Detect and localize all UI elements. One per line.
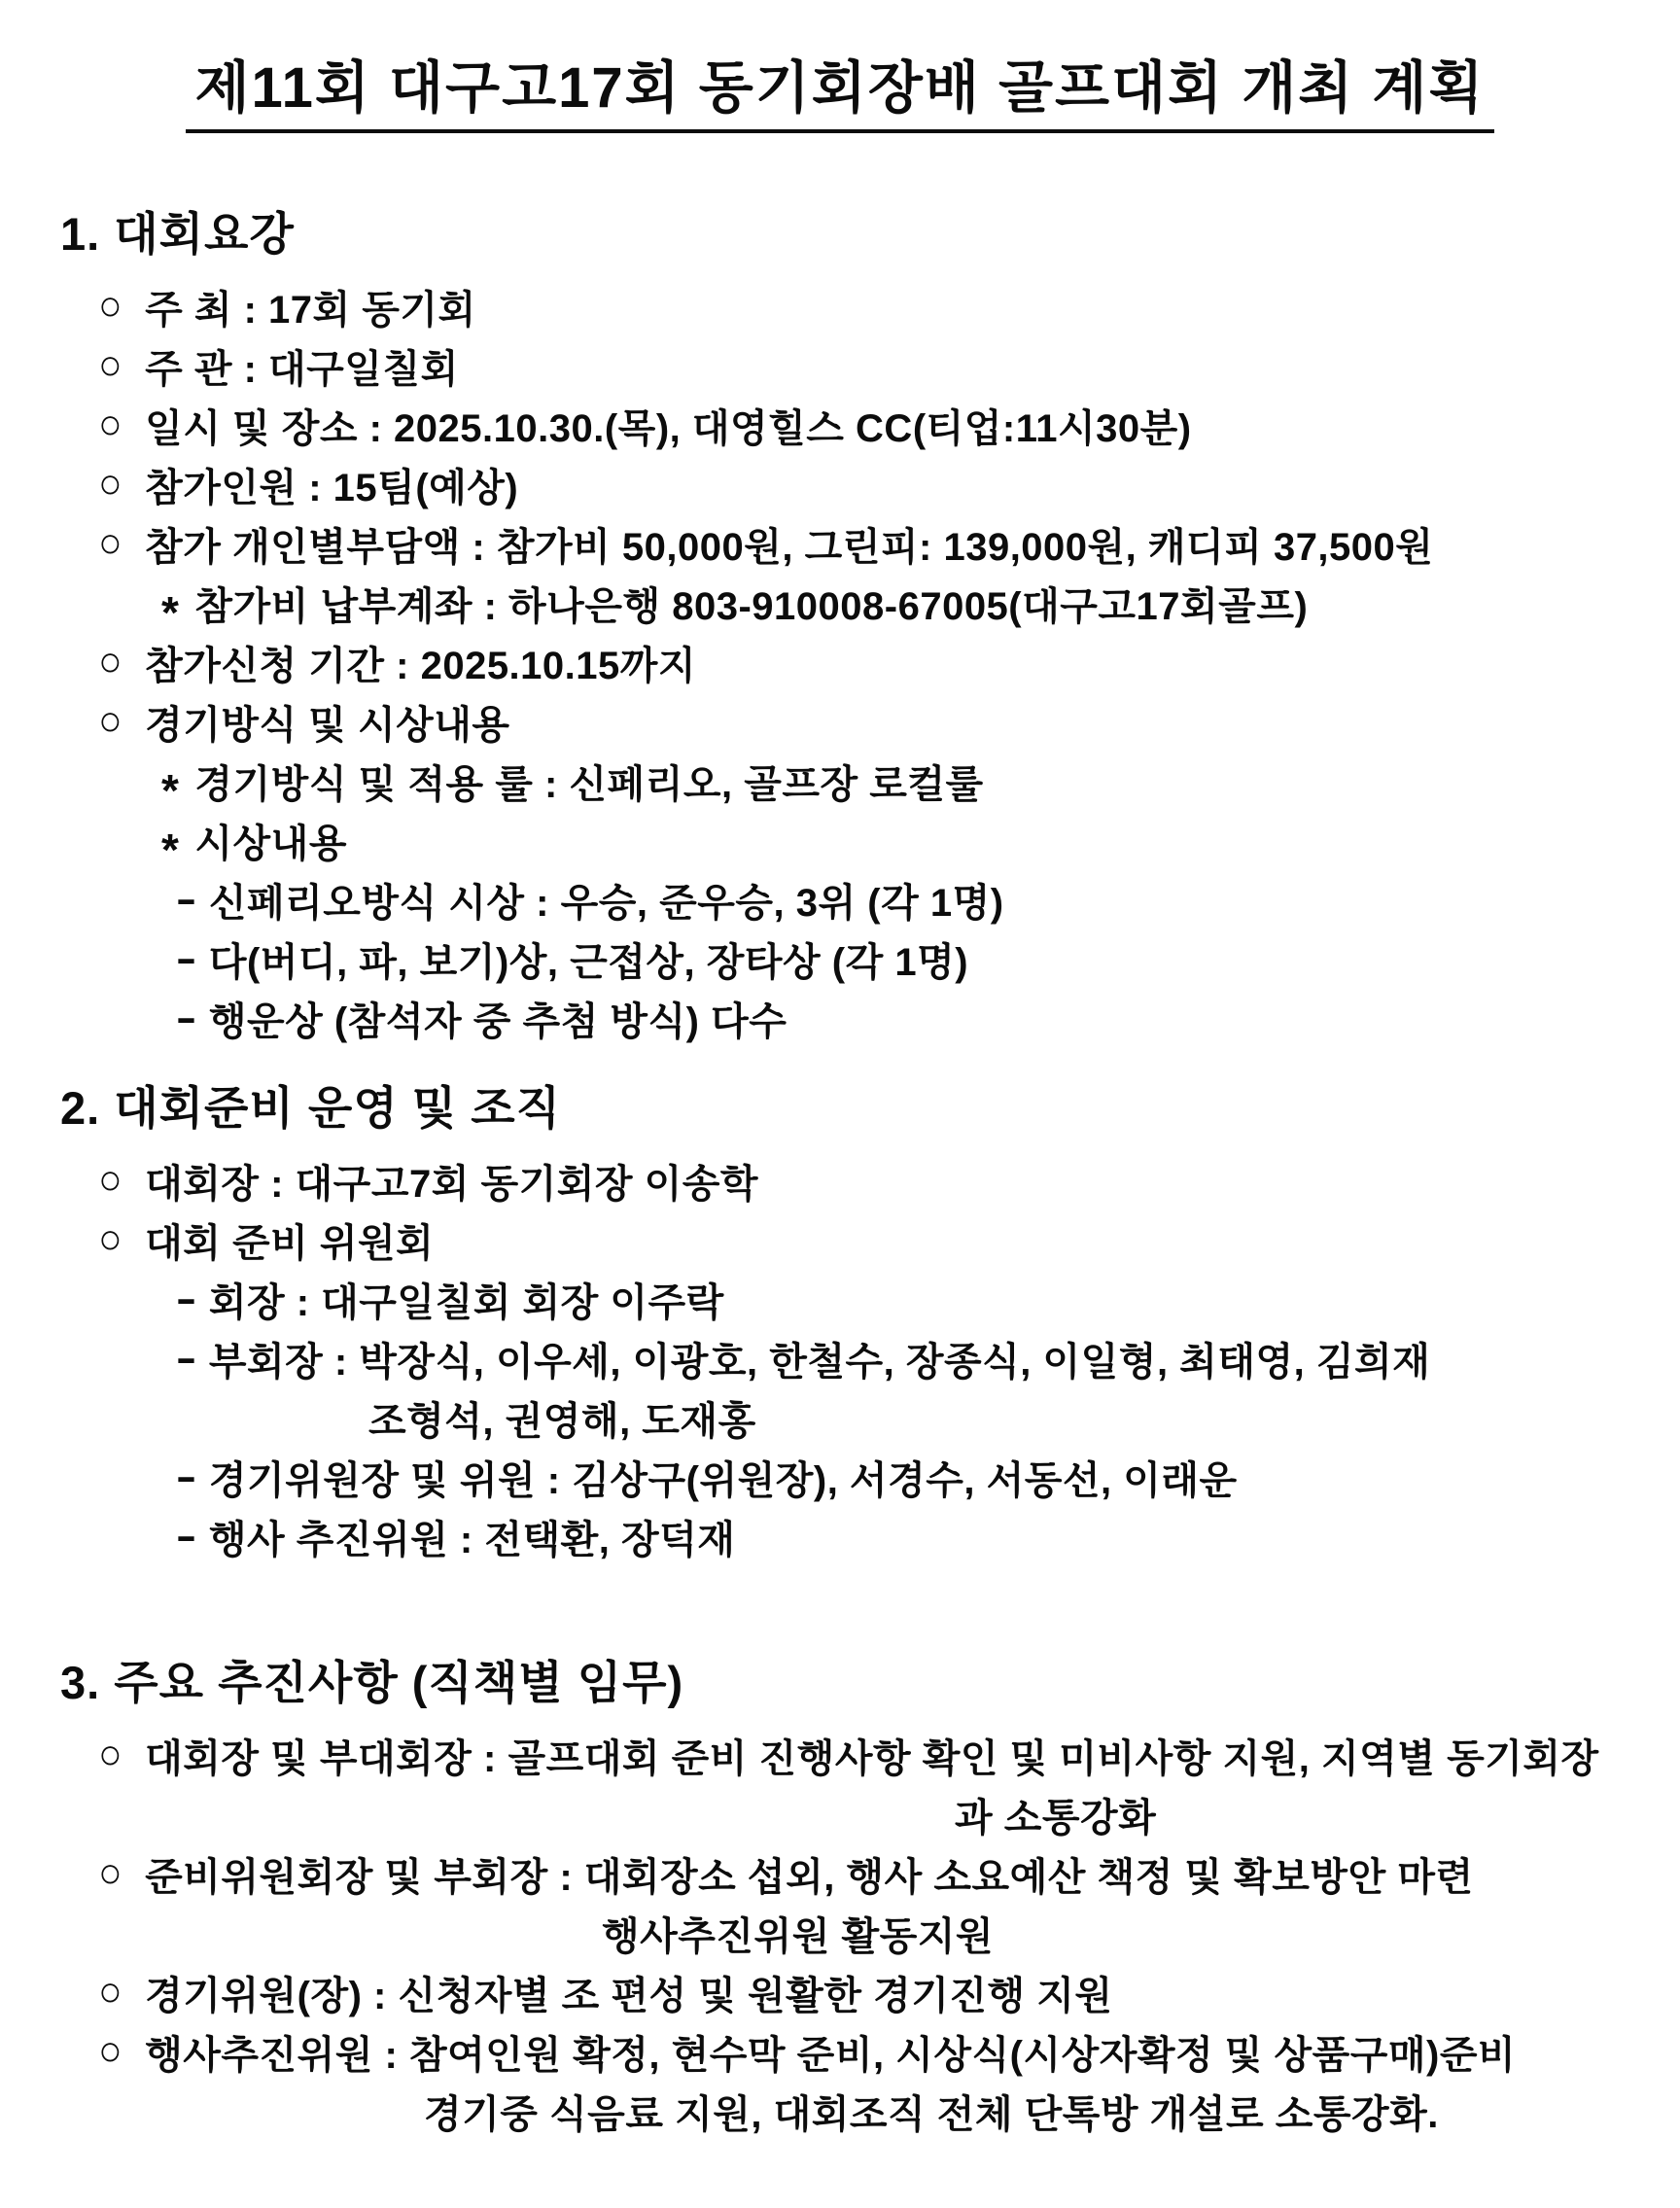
doc-line: *경기방식 및 적용 룰 : 신페리오, 골프장 로컬룰	[0, 752, 1680, 811]
doc-line-text: 행사추진위원 활동지원	[602, 1906, 994, 1961]
circle-bullet-icon: ○	[98, 700, 122, 743]
doc-line: 행사추진위원 활동지원	[0, 1904, 1680, 1963]
doc-line: -신페리오방식 시상 : 우승, 준우승, 3위 (각 1명)	[0, 870, 1680, 929]
dash-bullet-icon: -	[176, 1515, 197, 1559]
doc-line-text: 경기방식 및 시상내용	[145, 694, 510, 750]
section-3-lines: ○대회장 및 부대회장 : 골프대회 준비 진행사항 확인 및 미비사항 지원,…	[0, 1726, 1680, 2141]
circle-bullet-icon: ○	[98, 2030, 122, 2073]
section-2-heading: 2. 대회준비 운영 및 조직	[0, 1081, 1680, 1136]
section-preparation-organization: 2. 대회준비 운영 및 조직 ○대회장 : 대구고7회 동기회장 이송학○대회…	[0, 1081, 1680, 1566]
dash-bullet-icon: -	[176, 997, 197, 1040]
doc-line: -경기위원장 및 위원 : 김상구(위원장), 서경수, 서동선, 이래운	[0, 1448, 1680, 1507]
page-title-text: 제11회 대구고17회 동기회장배 골프대회 개최 계획	[186, 56, 1495, 133]
doc-line-text: 신페리오방식 시상 : 우승, 준우승, 3위 (각 1명)	[209, 872, 1004, 928]
doc-line-text: 경기방식 및 적용 룰 : 신페리오, 골프장 로컬룰	[194, 754, 983, 809]
doc-line-text: 행운상 (참석자 중 추첨 방식) 다수	[209, 991, 787, 1046]
doc-line: -다(버디, 파, 보기)상, 근접상, 장타상 (각 1명)	[0, 929, 1680, 989]
dash-bullet-icon: -	[176, 937, 197, 981]
circle-bullet-icon: ○	[98, 463, 122, 506]
doc-line: 경기중 식음료 지원, 대회조직 전체 단톡방 개설로 소통강화.	[0, 2082, 1680, 2141]
doc-line-text: 준비위원회장 및 부회장 : 대회장소 섭외, 행사 소요예산 책정 및 확보방…	[145, 1846, 1474, 1902]
doc-line-text: 회장 : 대구일칠회 회장 이주락	[209, 1272, 724, 1327]
doc-line-text: 행사 추진위원 : 전택환, 장덕재	[209, 1509, 736, 1564]
circle-bullet-icon: ○	[98, 403, 122, 446]
doc-line: 조형석, 권영해, 도재홍	[0, 1388, 1680, 1448]
circle-bullet-icon: ○	[98, 344, 122, 387]
doc-line: -행사 추진위원 : 전택환, 장덕재	[0, 1507, 1680, 1566]
doc-line: ○준비위원회장 및 부회장 : 대회장소 섭외, 행사 소요예산 책정 및 확보…	[0, 1844, 1680, 1904]
doc-line: ○참가 개인별부담액 : 참가비 50,000원, 그린피: 139,000원,…	[0, 514, 1680, 574]
doc-line-text: 경기위원장 및 위원 : 김상구(위원장), 서경수, 서동선, 이래운	[209, 1450, 1238, 1505]
doc-line: ○경기위원(장) : 신청자별 조 편성 및 원활한 경기진행 지원	[0, 1963, 1680, 2022]
circle-bullet-icon: ○	[98, 285, 122, 328]
document-page: 제11회 대구고17회 동기회장배 골프대회 개최 계획 1. 대회요강 ○주 …	[0, 0, 1680, 2208]
dash-bullet-icon: -	[176, 1337, 197, 1381]
doc-line-text: 참가비 납부계좌 : 하나은행 803-910008-67005(대구고17회골…	[194, 576, 1308, 631]
doc-line: 과 소통강화	[0, 1785, 1680, 1844]
doc-line: ○대회장 및 부대회장 : 골프대회 준비 진행사항 확인 및 미비사항 지원,…	[0, 1726, 1680, 1785]
page-title: 제11회 대구고17회 동기회장배 골프대회 개최 계획	[0, 56, 1680, 133]
doc-line: -부회장 : 박장식, 이우세, 이광호, 한철수, 장종식, 이일형, 최태영…	[0, 1329, 1680, 1388]
circle-bullet-icon: ○	[98, 1218, 122, 1261]
doc-line-text: 대회장 : 대구고7회 동기회장 이송학	[145, 1153, 758, 1209]
doc-line-text: 시상내용	[194, 813, 347, 868]
circle-bullet-icon: ○	[98, 1734, 122, 1776]
doc-line: *참가비 납부계좌 : 하나은행 803-910008-67005(대구고17회…	[0, 574, 1680, 633]
doc-line-text: 경기위원(장) : 신청자별 조 편성 및 원활한 경기진행 지원	[145, 1965, 1112, 2020]
doc-line-text: 참가인원 : 15팀(예상)	[145, 457, 518, 512]
doc-line-text: 주 최 : 17회 동기회	[145, 279, 476, 334]
circle-bullet-icon: ○	[98, 1852, 122, 1895]
doc-line-text: 행사추진위원 : 참여인원 확정, 현수막 준비, 시상식(시상자확정 및 상품…	[145, 2024, 1516, 2080]
doc-line: ○대회장 : 대구고7회 동기회장 이송학	[0, 1151, 1680, 1210]
doc-line: ○주 최 : 17회 동기회	[0, 277, 1680, 336]
doc-line: ○참가인원 : 15팀(예상)	[0, 455, 1680, 514]
doc-line-text: 주 관 : 대구일칠회	[145, 338, 459, 394]
doc-line: ○일시 및 장소 : 2025.10.30.(목), 대영힐스 CC(티업:11…	[0, 396, 1680, 455]
doc-line-text: 참가신청 기간 : 2025.10.15까지	[145, 635, 696, 690]
doc-line: ○참가신청 기간 : 2025.10.15까지	[0, 633, 1680, 692]
doc-line-text: 조형석, 권영해, 도재홍	[368, 1390, 756, 1446]
section-2-lines: ○대회장 : 대구고7회 동기회장 이송학○대회 준비 위원회-회장 : 대구일…	[0, 1151, 1680, 1566]
doc-line: *시상내용	[0, 811, 1680, 870]
dash-bullet-icon: -	[176, 1278, 197, 1321]
circle-bullet-icon: ○	[98, 1971, 122, 2014]
doc-line-text: 다(버디, 파, 보기)상, 근접상, 장타상 (각 1명)	[209, 931, 968, 987]
doc-line-text: 대회장 및 부대회장 : 골프대회 준비 진행사항 확인 및 미비사항 지원, …	[145, 1728, 1599, 1783]
doc-line-text: 경기중 식음료 지원, 대회조직 전체 단톡방 개설로 소통강화.	[424, 2084, 1439, 2139]
dash-bullet-icon: -	[176, 878, 197, 922]
doc-line: ○행사추진위원 : 참여인원 확정, 현수막 준비, 시상식(시상자확정 및 상…	[0, 2022, 1680, 2082]
doc-line: ○경기방식 및 시상내용	[0, 692, 1680, 752]
circle-bullet-icon: ○	[98, 641, 122, 683]
doc-line: ○주 관 : 대구일칠회	[0, 336, 1680, 396]
section-1-heading: 1. 대회요강	[0, 207, 1680, 262]
circle-bullet-icon: ○	[98, 522, 122, 565]
dash-bullet-icon: -	[176, 1455, 197, 1499]
doc-line: -행운상 (참석자 중 추첨 방식) 다수	[0, 989, 1680, 1048]
doc-line-text: 일시 및 장소 : 2025.10.30.(목), 대영힐스 CC(티업:11시…	[145, 398, 1192, 453]
doc-line-text: 참가 개인별부담액 : 참가비 50,000원, 그린피: 139,000원, …	[145, 516, 1433, 572]
section-main-tasks: 3. 주요 추진사항 (직책별 임무) ○대회장 및 부대회장 : 골프대회 준…	[0, 1656, 1680, 2141]
doc-line: -회장 : 대구일칠회 회장 이주락	[0, 1270, 1680, 1329]
doc-line-text: 과 소통강화	[955, 1787, 1156, 1842]
doc-line-text: 부회장 : 박장식, 이우세, 이광호, 한철수, 장종식, 이일형, 최태영,…	[209, 1331, 1430, 1386]
doc-line-text: 대회 준비 위원회	[145, 1212, 434, 1268]
doc-line: ○대회 준비 위원회	[0, 1210, 1680, 1270]
section-3-heading: 3. 주요 추진사항 (직책별 임무)	[0, 1656, 1680, 1710]
circle-bullet-icon: ○	[98, 1159, 122, 1202]
section-1-lines: ○주 최 : 17회 동기회○주 관 : 대구일칠회○일시 및 장소 : 202…	[0, 277, 1680, 1048]
section-tournament-outline: 1. 대회요강 ○주 최 : 17회 동기회○주 관 : 대구일칠회○일시 및 …	[0, 207, 1680, 1048]
